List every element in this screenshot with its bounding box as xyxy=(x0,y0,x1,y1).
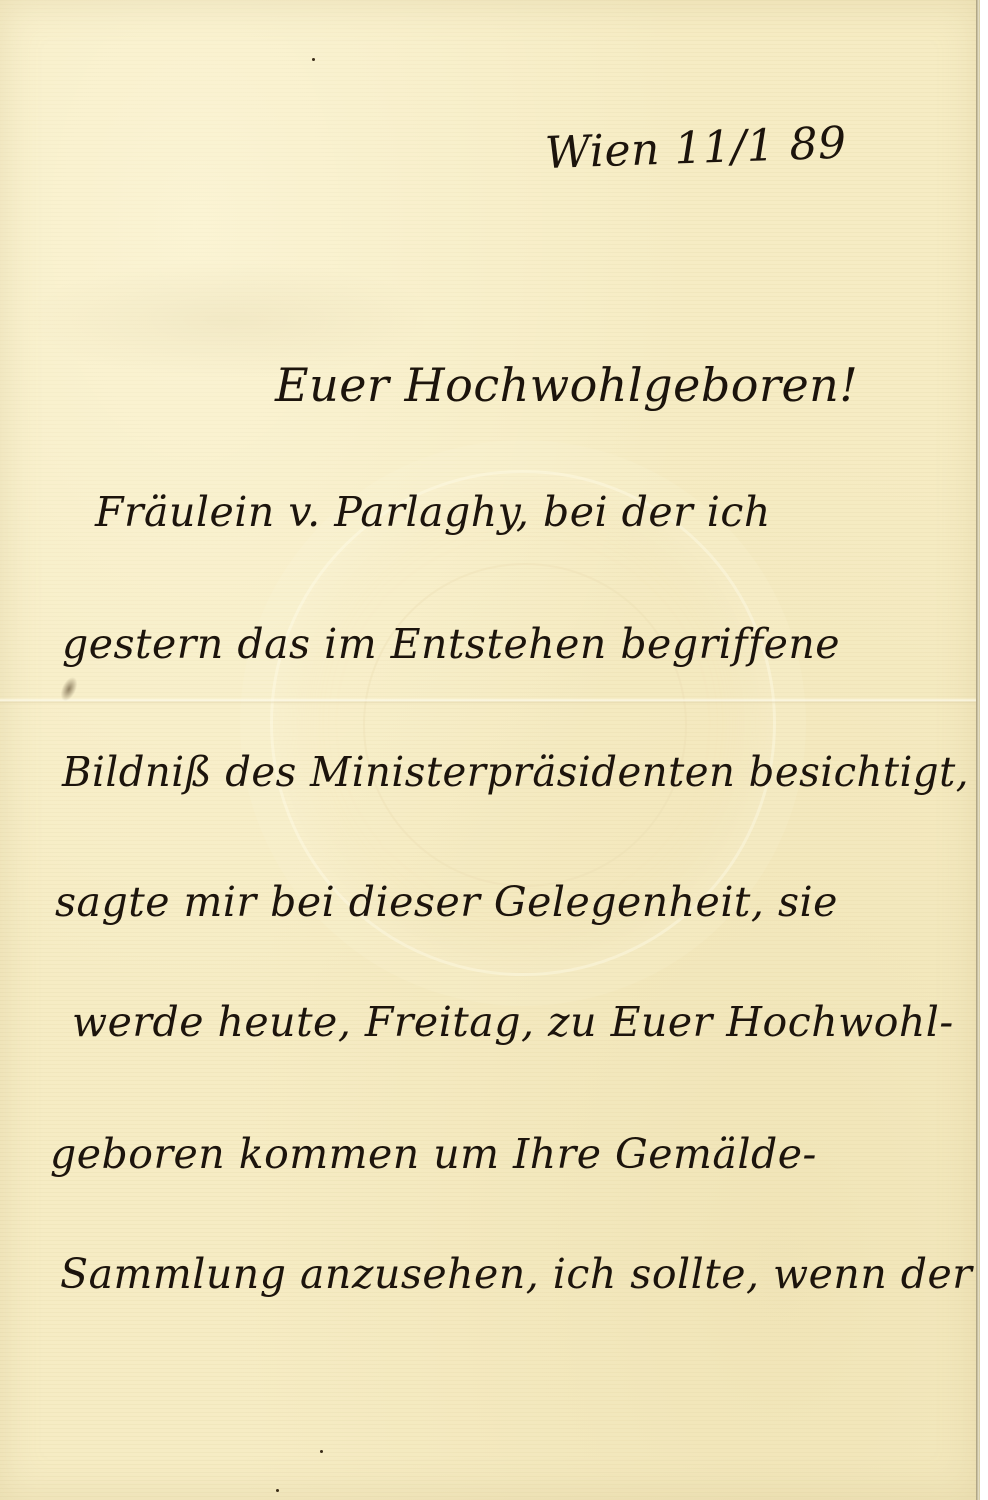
body-line-7: Sammlung anzusehen, ich sollte, wenn der xyxy=(60,1250,972,1298)
paper-speck xyxy=(312,58,315,61)
letter-salutation: Euer Hochwohlgeboren! xyxy=(275,358,858,412)
letter-date: Wien 11/1 89 xyxy=(544,117,847,178)
paper-speck xyxy=(320,1450,323,1453)
letter-sheet: Wien 11/1 89 Euer Hochwohlgeboren! Fräul… xyxy=(0,0,980,1500)
body-line-5: werde heute, Freitag, zu Euer Hochwohl- xyxy=(72,998,954,1046)
body-line-2: gestern das im Entstehen begriffene xyxy=(62,620,840,668)
body-line-6: geboren kommen um Ihre Gemälde- xyxy=(50,1130,817,1178)
page-edge xyxy=(976,0,979,1500)
body-line-4: sagte mir bei dieser Gelegenheit, sie xyxy=(55,878,838,926)
fold-crease xyxy=(0,698,978,704)
paper-speck xyxy=(276,1489,279,1492)
body-line-1: Fräulein v. Parlaghy, bei der ich xyxy=(95,488,771,536)
body-line-3: Bildniß des Ministerpräsidenten besichti… xyxy=(62,748,969,796)
